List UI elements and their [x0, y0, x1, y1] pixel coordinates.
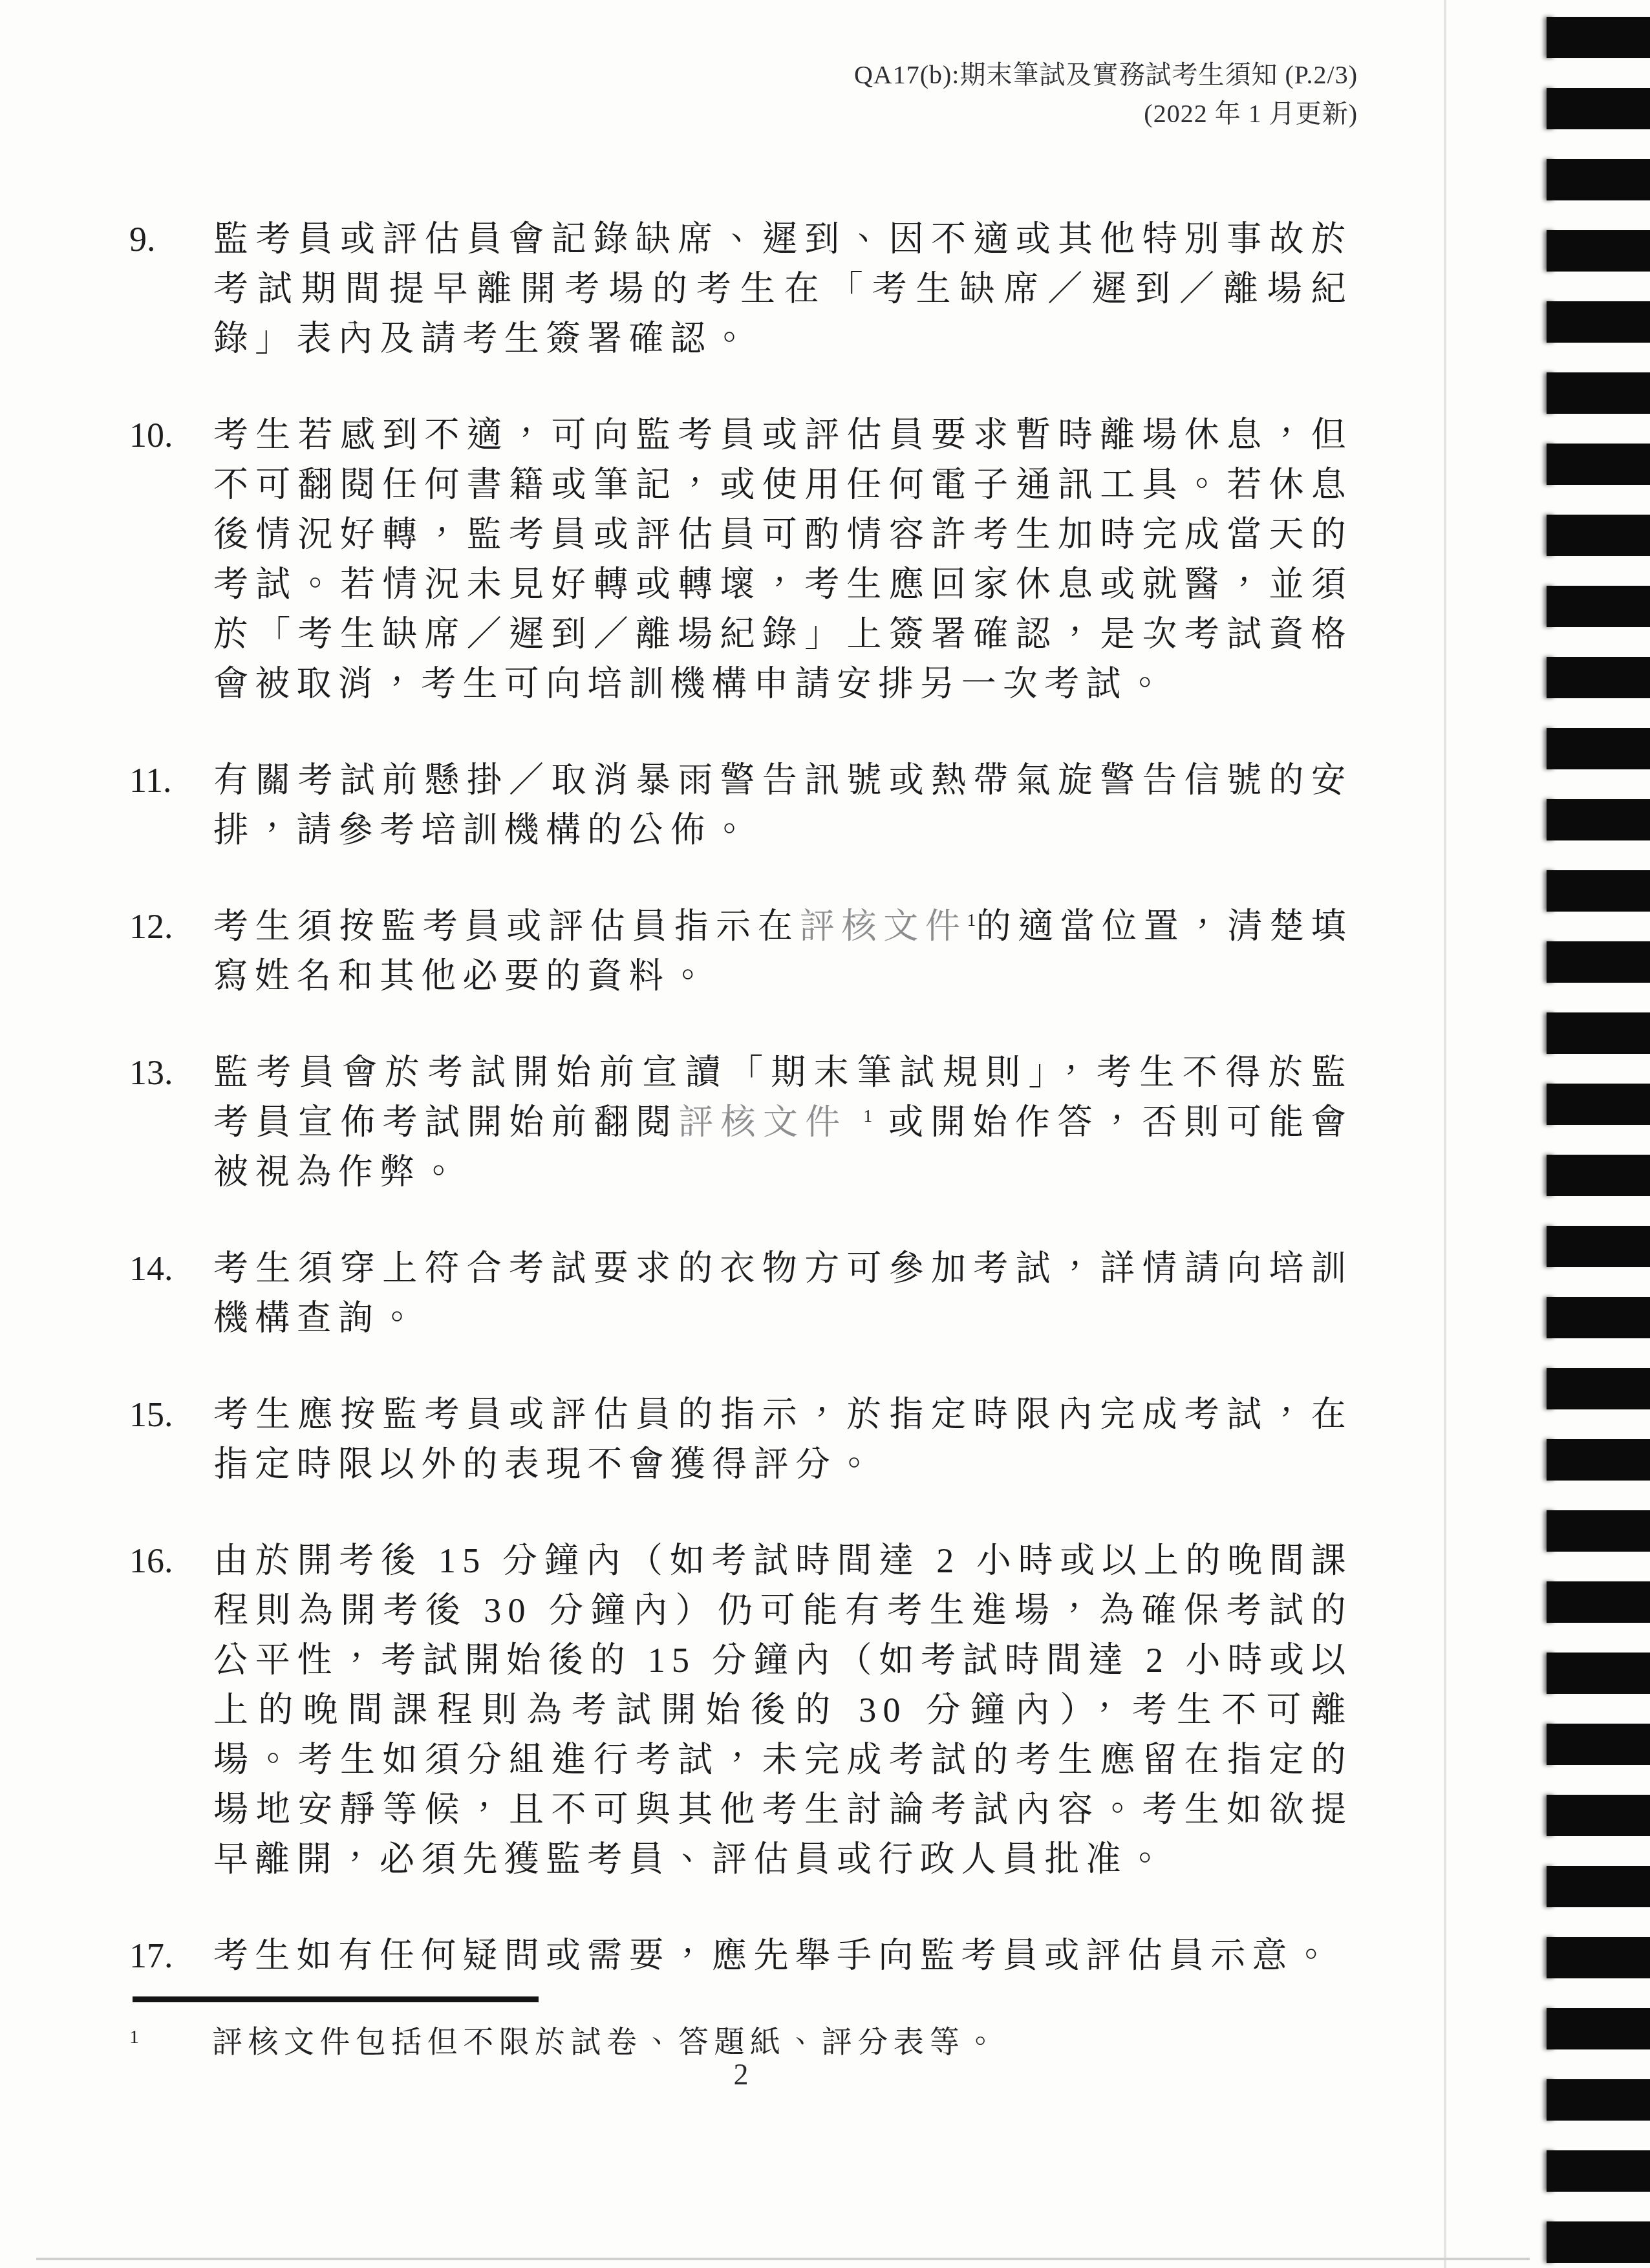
scanned-bottom-edge: [36, 2258, 1530, 2260]
item-text: 監考員或評估員會記錄缺席、遲到、因不適或其他特別事故於考試期間提早離開考場的考生…: [213, 215, 1353, 364]
footnote: 1評核文件包括但不限於試卷、答題紙、評分表等。: [129, 2016, 1353, 2064]
item-number: 17.: [129, 1931, 213, 1981]
item-text-segment: 評核文件: [678, 1103, 863, 1142]
header-update-date: (2022 年 1 月更新): [854, 94, 1358, 133]
item-number: 15.: [129, 1390, 213, 1490]
footnote-ref: 1: [864, 1106, 873, 1126]
item-text: 考生若感到不適，可向監考員或評估員要求暫時離場休息，但不可翻閱任何書籍或筆記，或…: [213, 411, 1353, 709]
notice-item: 12. 考生須按監考員或評估員指示在評核文件1的適當位置，清楚填寫姓名和其他必要…: [129, 902, 1353, 1001]
document-page: QA17(b):期末筆試及實務試考生須知 (P.2/3) (2022 年 1 月…: [0, 0, 1650, 2268]
page-header: QA17(b):期末筆試及實務試考生須知 (P.2/3) (2022 年 1 月…: [854, 56, 1358, 133]
item-number: 9.: [129, 215, 213, 364]
item-text-segment: 監考員或評估員會記錄缺席、遲到、因不適或其他特別事故於考試期間提早離開考場的考生…: [213, 220, 1353, 358]
notice-item: 16. 由於開考後 15 分鐘內（如考試時間達 2 小時或以上的晚間課程則為開考…: [129, 1536, 1353, 1885]
item-text-segment: 評核文件: [800, 907, 967, 946]
item-number: 11.: [129, 756, 213, 855]
item-text-segment: 由於開考後 15 分鐘內（如考試時間達 2 小時或以上的晚間課程則為開考後 30…: [213, 1541, 1353, 1879]
notice-item: 14. 考生須穿上符合考試要求的衣物方可參加考試，詳情請向培訓機構查詢。: [129, 1244, 1353, 1343]
item-text-segment: 有關考試前懸掛／取消暴雨警告訊號或熱帶氣旋警告信號的安排，請參考培訓機構的公佈。: [213, 761, 1353, 850]
footnote-text: 評核文件包括但不限於試卷、答題紙、評分表等。: [212, 2026, 1001, 2059]
notice-item: 9. 監考員或評估員會記錄缺席、遲到、因不適或其他特別事故於考試期間提早離開考場…: [129, 215, 1353, 364]
notice-item: 13. 監考員會於考試開始前宣讀「期末筆試規則」，考生不得於監考員宣佈考試開始前…: [129, 1048, 1353, 1197]
item-text: 有關考試前懸掛／取消暴雨警告訊號或熱帶氣旋警告信號的安排，請參考培訓機構的公佈。: [213, 756, 1353, 855]
item-text: 考生須按監考員或評估員指示在評核文件1的適當位置，清楚填寫姓名和其他必要的資料。: [213, 902, 1353, 1001]
scanned-page-edge: [1444, 0, 1446, 2268]
footnote-divider: [133, 1996, 539, 2002]
item-number: 10.: [129, 411, 213, 709]
binding-comb: [1547, 17, 1650, 2268]
notice-item: 15. 考生應按監考員或評估員的指示，於指定時限內完成考試，在指定時限以外的表現…: [129, 1390, 1353, 1490]
item-text: 監考員會於考試開始前宣讀「期末筆試規則」，考生不得於監考員宣佈考試開始前翻閱評核…: [213, 1048, 1353, 1197]
item-number: 13.: [129, 1048, 213, 1197]
item-number: 16.: [129, 1536, 213, 1885]
item-text: 考生須穿上符合考試要求的衣物方可參加考試，詳情請向培訓機構查詢。: [213, 1244, 1353, 1343]
notice-item: 10. 考生若感到不適，可向監考員或評估員要求暫時離場休息，但不可翻閱任何書籍或…: [129, 411, 1353, 709]
item-text-segment: 考生須穿上符合考試要求的衣物方可參加考試，詳情請向培訓機構查詢。: [213, 1249, 1353, 1338]
item-number: 14.: [129, 1244, 213, 1343]
item-text: 考生應按監考員或評估員的指示，於指定時限內完成考試，在指定時限以外的表現不會獲得…: [213, 1390, 1353, 1490]
footnote-ref: 1: [967, 910, 976, 930]
page-number: 2: [129, 2057, 1353, 2091]
item-text: 考生如有任何疑問或需要，應先舉手向監考員或評估員示意。: [213, 1931, 1353, 1981]
notice-item: 17. 考生如有任何疑問或需要，應先舉手向監考員或評估員示意。: [129, 1931, 1353, 1981]
item-text-segment: 考生如有任何疑問或需要，應先舉手向監考員或評估員示意。: [213, 1936, 1335, 1975]
notice-item: 11. 有關考試前懸掛／取消暴雨警告訊號或熱帶氣旋警告信號的安排，請參考培訓機構…: [129, 756, 1353, 855]
footnote-marker: 1: [129, 2016, 212, 2059]
item-number: 12.: [129, 902, 213, 1001]
item-text-segment: 考生若感到不適，可向監考員或評估員要求暫時離場休息，但不可翻閱任何書籍或筆記，或…: [213, 416, 1353, 703]
item-text-segment: 考生須按監考員或評估員指示在: [213, 907, 800, 946]
header-doc-ref: QA17(b):期末筆試及實務試考生須知 (P.2/3): [854, 56, 1358, 94]
notice-list: 9. 監考員或評估員會記錄缺席、遲到、因不適或其他特別事故於考試期間提早離開考場…: [129, 215, 1353, 2027]
item-text-segment: 考生應按監考員或評估員的指示，於指定時限內完成考試，在指定時限以外的表現不會獲得…: [213, 1395, 1353, 1484]
item-text: 由於開考後 15 分鐘內（如考試時間達 2 小時或以上的晚間課程則為開考後 30…: [213, 1536, 1353, 1885]
